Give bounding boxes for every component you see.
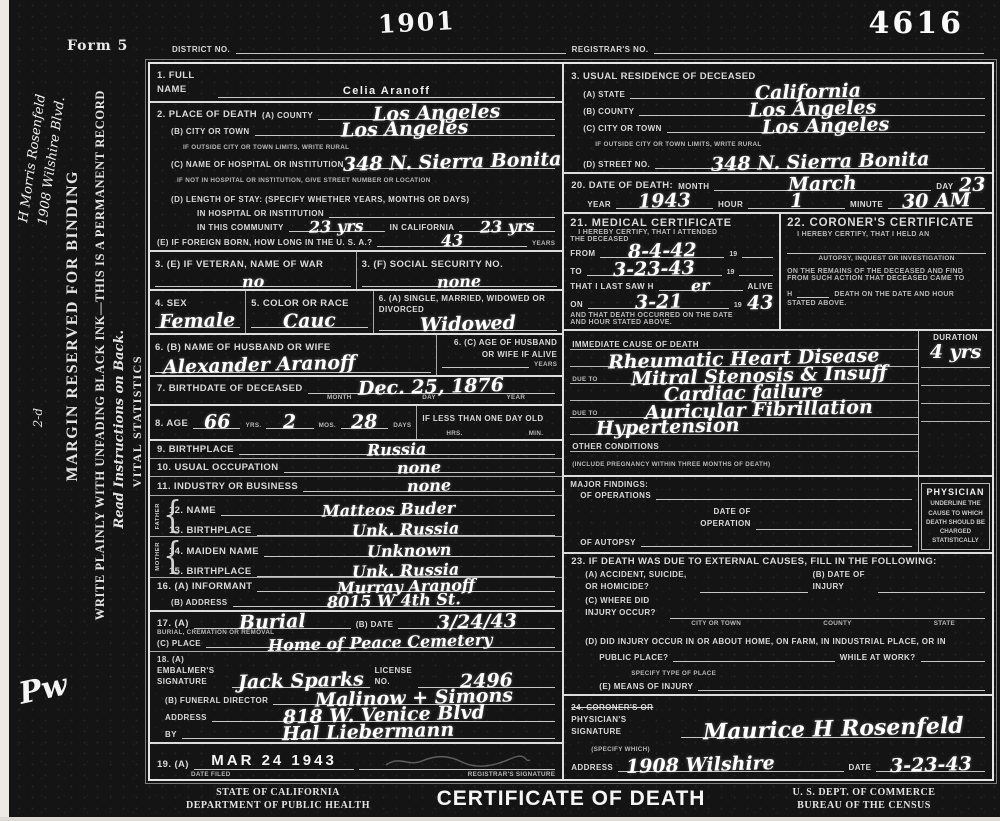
immediate-cause-label: IMMEDIATE CAUSE OF DEATH (572, 340, 699, 349)
cause-line5-value: Hypertension (596, 417, 740, 438)
margin-mark: 2-d (31, 408, 45, 427)
sex-label: 4. SEX (155, 298, 187, 309)
length-of-stay-label: (D) LENGTH OF STAY: (SPECIFY WHETHER YEA… (171, 195, 469, 204)
in-california-value: 23 yrs (480, 219, 535, 235)
hospital-value: 348 N. Sierra Bonita (343, 151, 562, 174)
attended-to-19: 19 (727, 269, 735, 276)
place-of-death-label: 2. PLACE OF DEATH (157, 109, 257, 120)
public-place-label: PUBLIC PLACE? (599, 653, 668, 662)
field-informant: 16. (A) INFORMANT Murray Aranoff (B) ADD… (150, 578, 562, 612)
field-age: 8. AGE 66 YRS. 2 MOS. 28 DAYS IF LESS TH… (150, 406, 562, 441)
marital-cell: 6. (A) SINGLE, MARRIED, WIDOWED OR DIVOR… (374, 291, 562, 333)
father-group: FATHER { 12. NAME Matteos Buder 13. BIRT… (150, 496, 562, 537)
date-filed-item-label: 19. (A) (157, 759, 189, 770)
death-certificate-scan: Form 5 H Morris Rosenfeld 1908 Wilshire … (0, 0, 1000, 821)
margin-scribble: Pw (16, 667, 71, 711)
dod-year-label: YEAR (587, 200, 611, 209)
dod-minute-value: 30 AM (902, 193, 971, 212)
coroner-death-label: DEATH ON THE DATE AND HOUR (834, 291, 954, 298)
mother-maiden-value: Unknown (367, 543, 452, 560)
spouse-age-line (442, 360, 529, 368)
specify-place-sub: SPECIFY TYPE OF PLACE (631, 670, 716, 677)
city-value: Los Angeles (341, 119, 469, 139)
age-days-label: DAYS (393, 422, 411, 429)
attended-to-19-line (739, 268, 773, 276)
coroner-remains-line1: ON THE REMAINS OF THE DECEASED AND FIND (787, 268, 986, 275)
field-full-name: 1. FULL NAME Celia Aranoff (150, 64, 562, 103)
foreign-born-label: (E) IF FOREIGN BORN, HOW LONG IN THE U. … (157, 238, 372, 247)
coroner-certify: I HEREBY CERTIFY, THAT I HELD AN (787, 231, 986, 238)
due-to-2-label: DUE TO (572, 410, 597, 417)
page-edge (0, 0, 9, 821)
spouse-name-cell: 6. (B) NAME OF HUSBAND OR WIFE Alexander… (150, 335, 437, 374)
mother-group: MOTHER { 14. MAIDEN NAME Unknown 15. BIR… (150, 537, 562, 578)
funeral-director-label: (B) FUNERAL DIRECTOR (165, 696, 268, 705)
occupation-label: 10. USUAL OCCUPATION (157, 462, 279, 473)
date-of-operation-label: DATE OFOPERATION (700, 506, 751, 530)
medical-certificate: 21. MEDICAL CERTIFICATE I HEREBY CERTIFY… (564, 214, 781, 330)
embalmer-label: 18. (A) EMBALMER'S SIGNATURE (157, 654, 227, 688)
spouse-name-label: 6. (B) NAME OF HUSBAND OR WIFE (155, 342, 331, 353)
director-by-value: Hal Liebermann (282, 722, 455, 744)
coroner-stated-label: STATED ABOVE. (787, 300, 986, 307)
alive-label: ALIVE (748, 282, 774, 291)
means-of-injury-label: (E) MEANS OF INJURY (599, 682, 693, 691)
city-label: (B) CITY OR TOWN (171, 127, 250, 136)
field-spouse: 6. (B) NAME OF HUSBAND OR WIFE Alexander… (150, 335, 562, 376)
major-findings-label: MAJOR FINDINGS: (570, 480, 912, 489)
ssn-label: 3. (F) SOCIAL SECURITY NO. (362, 259, 503, 270)
coroner-remains-line2: FROM SUCH ACTION THAT DECEASED CAME TO (787, 275, 986, 282)
physician-box: PHYSICIAN UNDERLINE THE CAUSE TO WHICH D… (921, 483, 990, 549)
while-at-work-label: WHILE AT WORK? (840, 653, 916, 662)
birthdate-month-label: MONTH (327, 394, 352, 401)
dod-hour-value: 1 (790, 193, 804, 210)
other-conditions-sub: (INCLUDE PREGNANCY WITHIN THREE MONTHS O… (572, 461, 770, 468)
certificate-body: 1. FULL NAME Celia Aranoff 2. PLACE OF D… (148, 62, 994, 781)
of-autopsy-label: OF AUTOPSY (580, 538, 636, 547)
certificate-form: 1901 4616 DISTRICT NO. REGISTRAR'S NO. 1… (148, 6, 994, 817)
cause-of-death-block: IMMEDIATE CAUSE OF DEATH Rheumatic Heart… (564, 331, 992, 477)
mother-brace: { (163, 532, 169, 582)
cause-lines: IMMEDIATE CAUSE OF DEATH Rheumatic Heart… (564, 331, 918, 475)
findings-lines: MAJOR FINDINGS: OF OPERATIONS DATE OFOPE… (564, 477, 918, 551)
age-months-value: 2 (283, 413, 297, 430)
coroner-h-line (797, 290, 829, 298)
margin-write-plainly-text: WRITE PLAINLY WITH UNFADING BLACK INK—TH… (93, 90, 108, 620)
where-injury-line (670, 611, 985, 619)
age-days-value: 28 (351, 413, 378, 431)
informant-label: 16. (A) INFORMANT (157, 581, 252, 592)
field-birthdate: 7. BIRTHDATE OF DECEASED Dec. 25, 1876 M… (150, 377, 562, 406)
spouse-name-value: Alexander Aranoff (163, 355, 356, 377)
date-filed-stamp: MAR 24 1943 (211, 752, 337, 769)
margin-read-instructions-text: Read Instructions on Back. (112, 330, 127, 529)
medical-certificate-title: 21. MEDICAL CERTIFICATE (570, 217, 773, 229)
ssn-value: none (437, 274, 481, 290)
where-city-sub: CITY OR TOWN (691, 620, 741, 627)
duration-empty-line-4 (921, 422, 990, 436)
birthdate-label: 7. BIRTHDATE OF DECEASED (157, 383, 303, 394)
race-label: 5. COLOR OR RACE (251, 298, 349, 309)
less-than-day-label: IF LESS THAN ONE DAY OLD (422, 414, 543, 423)
residence-county-label: (B) COUNTY (583, 107, 634, 116)
signature-block: 24. CORONER'S ORPHYSICIAN'S SIGNATURE Ma… (564, 696, 992, 779)
federal-agency-text: U. S. DEPT. OF COMMERCEBUREAU OF THE CEN… (744, 786, 984, 812)
external-causes-title: 23. IF DEATH WAS DUE TO EXTERNAL CAUSES,… (571, 556, 985, 567)
coroner-autopsy-line (787, 246, 986, 254)
left-column: 1. FULL NAME Celia Aranoff 2. PLACE OF D… (150, 64, 564, 779)
field-date-of-death: 20. DATE OF DEATH: MONTH March DAY 23 YE… (564, 174, 992, 213)
informant-address-label: (B) ADDRESS (171, 598, 228, 607)
veteran-cell: 3. (E) IF VETERAN, NAME OF WAR no (150, 252, 357, 289)
district-no-line (236, 46, 566, 54)
signature-date-label: DATE (849, 763, 872, 772)
residence-label: 3. USUAL RESIDENCE OF DECEASED (571, 71, 755, 82)
age-cell: 8. AGE 66 YRS. 2 MOS. 28 DAYS (150, 406, 417, 439)
registrar-signature-mark (382, 753, 532, 769)
signature-address-label: ADDRESS (571, 763, 613, 772)
birthplace-label: 9. BIRTHPLACE (157, 444, 234, 455)
city-sub-label: IF OUTSIDE CITY OR TOWN LIMITS, WRITE RU… (183, 144, 349, 151)
less-than-day-cell: IF LESS THAN ONE DAY OLD HRS. MIN. (417, 406, 562, 439)
foreign-born-value: 43 (441, 234, 464, 249)
medical-certify-line1: I HEREBY CERTIFY, THAT I ATTENDED (570, 229, 773, 236)
last-saw-fill: er (691, 279, 710, 294)
certificates-row: 21. MEDICAL CERTIFICATE I HEREBY CERTIFY… (564, 214, 992, 332)
while-at-work-line (921, 654, 986, 662)
burial-value: Burial (239, 613, 306, 632)
veteran-label: 3. (E) IF VETERAN, NAME OF WAR (155, 259, 323, 270)
foreign-born-years-word: YEARS (532, 240, 555, 247)
margin-handwritten-note: H Morris Rosenfeld 1908 Wilshire Blvd. (14, 93, 71, 227)
signature-address-value: 1908 Wilshire (626, 755, 775, 776)
field-burial: 17. (A) Burial (B) DATE 3/24/43 BURIAL, … (150, 612, 562, 652)
physician-signature-value: Maurice H Rosenfeld (703, 717, 964, 744)
coroner-h-label: H (787, 291, 792, 298)
county-label: (A) COUNTY (262, 111, 313, 120)
specify-which-sub: (SPECIFY WHICH) (591, 746, 650, 753)
in-community-value: 23 yrs (309, 219, 364, 235)
form-number: Form 5 (67, 38, 128, 54)
of-autopsy-line (641, 539, 912, 547)
binding-margin: Form 5 H Morris Rosenfeld 1908 Wilshire … (9, 0, 148, 817)
registrar-number-stamp: 4616 (869, 6, 965, 41)
field-veteran-ssn: 3. (E) IF VETERAN, NAME OF WAR no 3. (F)… (150, 252, 562, 291)
margin-binding-text: MARGIN RESERVED FOR BINDING (64, 170, 82, 482)
form-header: 1901 4616 DISTRICT NO. REGISTRAR'S NO. (148, 6, 994, 62)
burial-place-value: Home of Peace Cemetery (268, 633, 493, 653)
field-place-of-death: 2. PLACE OF DEATH (A) COUNTY Los Angeles… (150, 103, 562, 252)
age-years-value: 66 (203, 413, 230, 431)
findings-block: MAJOR FINDINGS: OF OPERATIONS DATE OFOPE… (564, 477, 992, 553)
duration-column: DURATION 4 yrs (918, 331, 992, 475)
last-saw-on-label: ON (570, 300, 583, 309)
hospital-label: (C) NAME OF HOSPITAL OR INSTITUTION (171, 160, 344, 169)
page-edge-bottom (0, 817, 1000, 821)
residence-street-value: 348 N. Sierra Bonita (711, 151, 930, 174)
last-saw-label: THAT I LAST SAW H (570, 282, 654, 291)
ssn-cell: 3. (F) SOCIAL SECURITY NO. none (357, 252, 563, 289)
coroner-autopsy-sub: AUTOPSY, INQUEST OR INVESTIGATION (787, 255, 986, 262)
mother-maiden-label: 14. MAIDEN NAME (169, 546, 259, 557)
last-saw-on-19: 19 (734, 302, 742, 309)
attended-from-label: FROM (570, 249, 595, 258)
marital-value: Widowed (420, 315, 516, 335)
field-birthplace: 9. BIRTHPLACE Russia (150, 441, 562, 459)
residence-street-label: (D) STREET NO. (583, 160, 650, 169)
race-value: Cauc (283, 312, 336, 330)
burial-label: 17. (A) (157, 618, 189, 629)
director-address-label: ADDRESS (165, 713, 207, 722)
coroner-certificate: 22. CORONER'S CERTIFICATE I HEREBY CERTI… (781, 214, 992, 330)
of-operations-line (656, 492, 912, 500)
registrar-no-label: REGISTRAR'S NO. (572, 45, 649, 54)
where-county-sub: COUNTY (823, 620, 851, 627)
physician-title: PHYSICIAN (924, 487, 987, 497)
due-to-1-label: DUE TO (572, 376, 597, 383)
age-yrs-label: YRS. (245, 422, 261, 429)
duration-empty-line-2 (921, 386, 990, 404)
in-community-label: IN THIS COMMUNITY (197, 223, 284, 232)
burial-date-value: 3/24/43 (437, 613, 517, 632)
spouse-age-label: 6. (C) AGE OF HUSBAND OR WIFE IF ALIVE (442, 337, 557, 359)
attended-from-19: 19 (729, 251, 737, 258)
in-hospital-label: IN HOSPITAL OR INSTITUTION (197, 209, 324, 218)
registrar-no-line (654, 46, 984, 54)
burial-place-label: (C) PLACE (157, 639, 201, 648)
hospital-sub-label: IF NOT IN HOSPITAL OR INSTITUTION, GIVE … (177, 177, 431, 184)
injury-date-line (878, 585, 985, 593)
sex-value: Female (159, 312, 236, 331)
dod-hour-label: HOUR (718, 200, 743, 209)
attended-from-19-line (742, 250, 773, 258)
accident-label: (A) ACCIDENT, SUICIDE,OR HOMICIDE? (585, 569, 695, 593)
duration-empty-line-1 (921, 368, 990, 386)
occupation-value: none (397, 460, 441, 476)
field-industry: 11. INDUSTRY OR BUSINESS none (150, 477, 562, 495)
physician-note: UNDERLINE THE CAUSE TO WHICH DEATH SHOUL… (924, 499, 987, 545)
field-occupation: 10. USUAL OCCUPATION none (150, 459, 562, 477)
other-conditions-label: OTHER CONDITIONS (572, 442, 659, 451)
residence-state-label: (A) STATE (583, 90, 625, 99)
bottom-banner: STATE OF CALIFORNIADEPARTMENT OF PUBLIC … (148, 781, 994, 817)
field-usual-residence: 3. USUAL RESIDENCE OF DECEASED (A) STATE… (564, 64, 992, 174)
birthdate-year-label: YEAR (507, 394, 526, 401)
mother-side-label: MOTHER (152, 537, 163, 577)
right-column: 3. USUAL RESIDENCE OF DECEASED (A) STATE… (564, 64, 992, 779)
injury-place-label: (D) DID INJURY OCCUR IN OR ABOUT HOME, O… (585, 637, 946, 646)
age-mos-label: MOS. (319, 422, 336, 429)
duration-value: 4 yrs (930, 341, 982, 363)
district-no-label: DISTRICT NO. (172, 45, 230, 54)
medical-footer-line1: AND THAT DEATH OCCURRED ON THE DATE (570, 312, 773, 319)
industry-value: none (407, 479, 451, 495)
date-filed-sub-label: DATE FILED (191, 771, 231, 778)
birthdate-value: Dec. 25, 1876 (358, 377, 504, 398)
state-agency-text: STATE OF CALIFORNIADEPARTMENT OF PUBLIC … (158, 786, 398, 812)
public-place-line (673, 654, 834, 662)
informant-address-value: 8015 W 4th St. (327, 592, 461, 610)
sex-cell: 4. SEX Female (150, 291, 246, 333)
burial-date-label: (B) DATE (356, 620, 394, 629)
field-embalmer: 18. (A) EMBALMER'S SIGNATURE Jack Sparks… (150, 652, 562, 744)
means-of-injury-line (698, 683, 985, 691)
injury-date-label: (B) DATE OFINJURY (813, 569, 873, 593)
veteran-value: no (241, 274, 264, 289)
dod-minute-label: MINUTE (850, 200, 883, 209)
director-by-label: BY (165, 730, 177, 739)
dod-year-value: 1943 (638, 193, 691, 211)
age-label: 8. AGE (155, 418, 188, 429)
coroner-certificate-title: 22. CORONER'S CERTIFICATE (787, 217, 986, 229)
field-date-filed: 19. (A) MAR 24 1943 DATE FILED REGISTRAR… (150, 744, 562, 781)
spouse-age-years-word: YEARS (534, 361, 557, 368)
date-of-operation-line (756, 522, 912, 530)
age-hrs-label: HRS. (446, 430, 462, 437)
residence-city-sub: IF OUTSIDE CITY OR TOWN LIMITS, WRITE RU… (595, 141, 761, 148)
physician-signature-label: 24. CORONER'S ORPHYSICIAN'S SIGNATURE (571, 702, 676, 738)
certificate-of-death-title: CERTIFICATE OF DEATH (398, 787, 744, 811)
full-name-label: 1. FULL NAME (157, 69, 213, 98)
father-side-label: FATHER (152, 496, 163, 536)
margin-vital-statistics-text: VITAL STATISTICS (130, 355, 145, 487)
industry-label: 11. INDUSTRY OR BUSINESS (157, 481, 298, 492)
physician-column: PHYSICIAN UNDERLINE THE CAUSE TO WHICH D… (918, 477, 992, 551)
license-label: LICENSE NO. (375, 665, 413, 687)
birthplace-value: Russia (367, 442, 427, 458)
where-injury-label: (C) WHERE DIDINJURY OCCUR? (585, 595, 665, 619)
duration-empty-line-3 (921, 404, 990, 422)
accident-line (700, 585, 807, 593)
race-cell: 5. COLOR OR RACE Cauc (246, 291, 374, 333)
age-min-label: MIN. (529, 430, 544, 437)
attended-to-label: TO (570, 267, 582, 276)
attended-to-value: 3-23-43 (613, 260, 695, 279)
medical-footer-line2: AND HOUR STATED ABOVE. (570, 319, 773, 326)
district-number-stamp: 1901 (377, 6, 456, 39)
last-saw-on-year: 43 (746, 295, 773, 313)
father-name-value: Matteos Buder (321, 502, 455, 520)
of-operations-label: OF OPERATIONS (580, 491, 651, 500)
where-state-sub: STATE (934, 620, 955, 627)
external-causes-block: 23. IF DEATH WAS DUE TO EXTERNAL CAUSES,… (564, 554, 992, 696)
residence-city-label: (C) CITY OR TOWN (583, 124, 662, 133)
signature-date-value: 3-23-43 (890, 756, 972, 775)
residence-city-value: Los Angeles (762, 117, 890, 137)
spouse-age-cell: 6. (C) AGE OF HUSBAND OR WIFE IF ALIVE Y… (437, 335, 562, 374)
registrar-signature-label: REGISTRAR'S SIGNATURE (468, 771, 555, 778)
last-saw-on-value: 3-21 (634, 294, 682, 312)
full-name-value: Celia Aranoff (343, 85, 431, 97)
field-sex-race-marital: 4. SEX Female 5. COLOR OR RACE Cauc 6. (… (150, 291, 562, 335)
